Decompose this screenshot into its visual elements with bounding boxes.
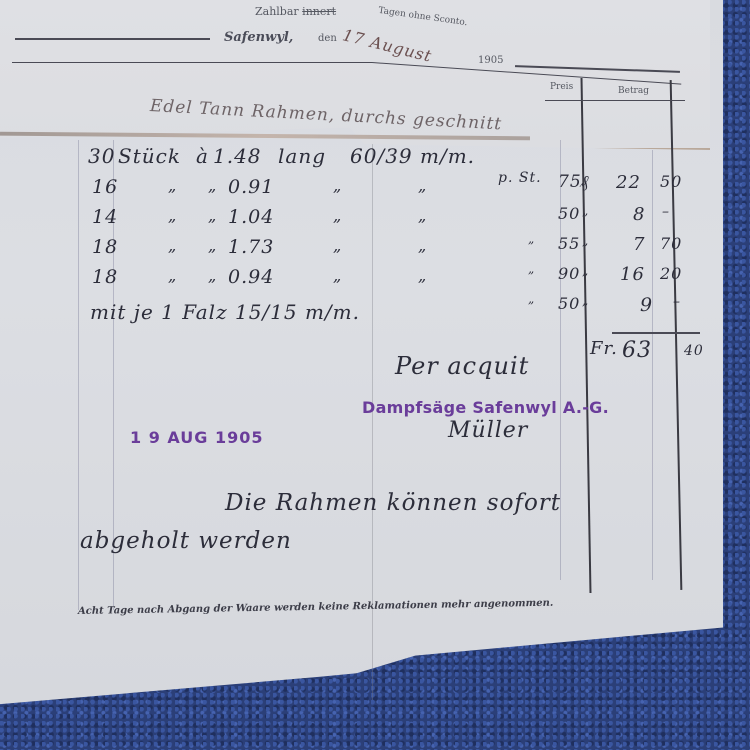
year-printed: 1905 <box>478 55 503 66</box>
item-price: 50 <box>558 294 580 313</box>
line-item: 18 „ „ 0.94 „ „ „ 50 „ 9 – <box>88 266 708 290</box>
den-label: den <box>318 33 337 44</box>
handwritten-note-line1: Die Rahmen können sofort <box>225 490 561 516</box>
total-rule <box>612 332 700 334</box>
company-stamp: Dampfsäge Safenwyl A.-G. <box>362 398 609 417</box>
header-rule-left <box>15 38 210 40</box>
note-line-falz: mit je 1 Falz 15/15 m/m. <box>90 300 360 324</box>
signature: Müller <box>448 418 528 443</box>
item-qty: 16 <box>92 176 118 198</box>
payment-terms-prefix: Zahlbar <box>255 5 299 18</box>
item-length: 1.73 <box>228 236 274 258</box>
item-amount-rappen: – <box>673 294 681 310</box>
item-dims: 60/39 m/m. <box>350 144 475 168</box>
header-rule-long <box>12 62 372 63</box>
total-currency: Fr. <box>590 338 618 359</box>
column-header-rule <box>545 100 685 101</box>
item-dims: „ <box>418 206 427 225</box>
item-unit-price-label: „ <box>528 292 535 306</box>
payment-terms: Zahlbar innert <box>255 5 336 18</box>
invoice-header-flap <box>0 0 710 150</box>
ledger-margin-line <box>78 140 79 610</box>
item-length-prefix: „ <box>208 236 217 255</box>
line-item: 30 Stück à 1.48 lang 60/39 m/m. p. St. 7… <box>88 144 708 168</box>
item-unit: „ <box>168 206 177 225</box>
total-francs: 63 <box>622 338 652 363</box>
item-dims: „ <box>418 176 427 195</box>
item-unit: „ <box>168 236 177 255</box>
item-unit: Stück <box>118 144 181 168</box>
item-amount-francs: 9 <box>640 294 653 316</box>
received-date-stamp: 1 9 AUG 1905 <box>130 428 264 447</box>
item-length-prefix: „ <box>208 266 217 285</box>
item-desc: „ <box>333 266 342 285</box>
per-acquit: Per acquit <box>395 352 529 380</box>
item-dims: „ <box>418 236 427 255</box>
item-currency: „ <box>582 294 589 308</box>
item-length: 0.91 <box>228 176 274 198</box>
item-desc: „ <box>333 176 342 195</box>
item-desc: „ <box>333 236 342 255</box>
item-length: 0.94 <box>228 266 274 288</box>
item-qty: 30 <box>88 144 115 168</box>
item-desc: „ <box>333 206 342 225</box>
item-desc: lang <box>278 144 326 168</box>
item-length-prefix: „ <box>208 176 217 195</box>
column-header-preis: Preis <box>550 82 573 92</box>
item-length-prefix: „ <box>208 206 217 225</box>
item-qty: 18 <box>92 236 118 258</box>
item-length-prefix: à <box>196 144 209 168</box>
handwritten-note-line2: abgeholt werden <box>80 528 292 554</box>
line-item: 14 „ „ 1.04 „ „ „ 55 „ 7 70 <box>88 206 708 230</box>
item-qty: 14 <box>92 206 118 228</box>
total-rappen: 40 <box>684 343 704 359</box>
item-length: 1.04 <box>228 206 274 228</box>
line-item: 18 „ „ 1.73 „ „ „ 90 „ 16 20 <box>88 236 708 260</box>
place-printed: Safenwyl, <box>224 30 293 45</box>
item-dims: „ <box>418 266 427 285</box>
item-qty: 18 <box>92 266 118 288</box>
item-unit: „ <box>168 176 177 195</box>
payment-terms-struck: innert <box>302 5 336 18</box>
line-item: 16 „ „ 0.91 „ „ 50 „ 8 – <box>88 176 708 200</box>
item-length: 1.48 <box>213 144 262 168</box>
item-unit: „ <box>168 266 177 285</box>
column-header-betrag: Betrag <box>618 86 649 96</box>
